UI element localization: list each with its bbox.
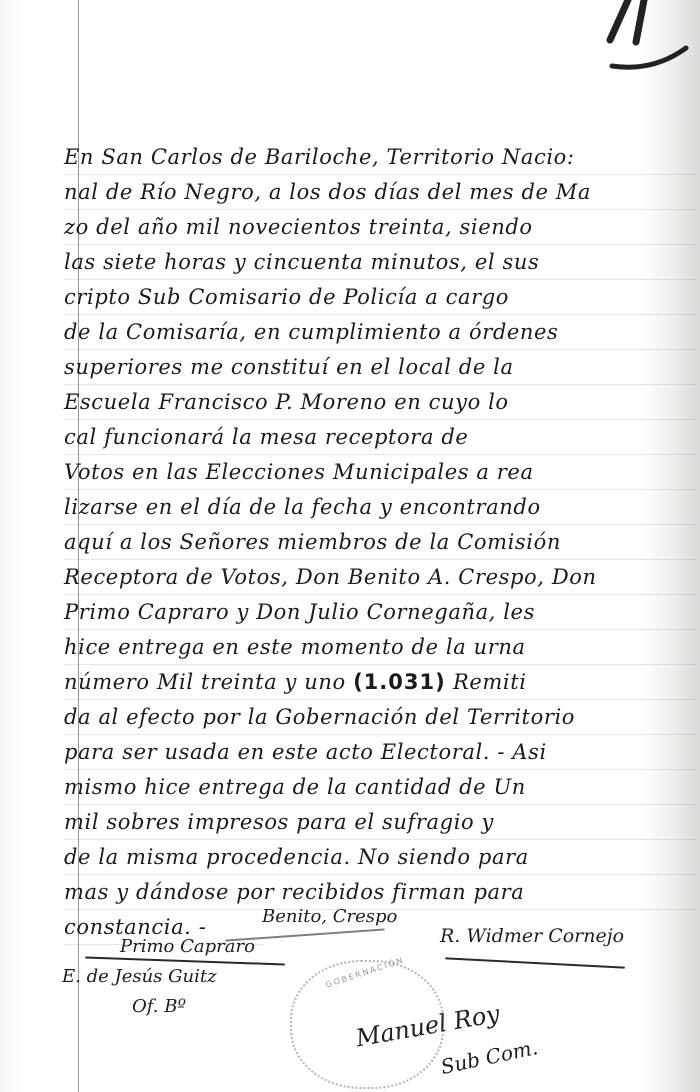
signature-left-bottom-title: Of. Bº — [132, 996, 186, 1017]
text-line-10: Votos en las Elecciones Municipales a re… — [64, 455, 696, 490]
signature-right-top-flourish — [445, 957, 625, 968]
text-line-3: zo del año mil novecientos treinta, sien… — [64, 210, 696, 245]
signature-left-top-flourish — [85, 957, 285, 966]
text-line-19: mismo hice entrega de la cantidad de Un — [64, 770, 696, 805]
text-line-9: cal funcionará la mesa receptora de — [64, 420, 696, 455]
signature-left-bottom: E. de Jesús Guitz — [62, 966, 217, 987]
signature-inline: Benito, Crespo — [262, 906, 397, 927]
text-line-2: nal de Río Negro, a los dos días del mes… — [64, 175, 696, 210]
text-line-16-start: número Mil treinta y uno — [64, 670, 346, 694]
text-line-16-end: Remiti — [453, 670, 527, 694]
text-line-12: aquí a los Señores miembros de la Comisi… — [64, 525, 696, 560]
text-line-1: En San Carlos de Bariloche, Territorio N… — [64, 140, 696, 175]
text-line-4: las siete horas y cincuenta minutos, el … — [64, 245, 696, 280]
text-line-14: Primo Capraro y Don Julio Cornegaña, les — [64, 595, 696, 630]
text-line-18: para ser usada en este acto Electoral. -… — [64, 735, 696, 770]
stamp-text: GOBERNACIÓN — [325, 956, 406, 990]
signature-left-top: Primo Capraro — [120, 936, 255, 957]
text-line-15: hice entrega en este momento de la urna — [64, 630, 696, 665]
text-line-8: Escuela Francisco P. Moreno en cuyo lo — [64, 385, 696, 420]
text-line-5: cripto Sub Comisario de Policía a cargo — [64, 280, 696, 315]
official-stamp: GOBERNACIÓN — [290, 960, 444, 1089]
signature-right-bottom-title: Sub Com. — [439, 1035, 540, 1079]
text-line-13: Receptora de Votos, Don Benito A. Crespo… — [64, 560, 696, 595]
signature-right-top: R. Widmer Cornejo — [440, 925, 624, 947]
text-line-17: da al efecto por la Gobernación del Terr… — [64, 700, 696, 735]
text-line-11: lizarse en el día de la fecha y encontra… — [64, 490, 696, 525]
text-line-16: número Mil treinta y uno (1.031) Remiti — [64, 665, 696, 700]
text-line-7: superiores me constituí en el local de l… — [64, 350, 696, 385]
text-line-6: de la Comisaría, en cumplimiento a órden… — [64, 315, 696, 350]
urn-number: (1.031) — [353, 670, 446, 694]
document-page: 11 En San Carlos de Bariloche, Territori… — [0, 0, 700, 1092]
folio-number-glyph — [598, 0, 698, 75]
folio-number: 11 — [598, 0, 698, 75]
text-line-21: de la misma procedencia. No siendo para — [64, 840, 696, 875]
text-line-22: mas y dándose por recibidos firman para — [64, 875, 696, 910]
text-line-20: mil sobres impresos para el sufragio y — [64, 805, 696, 840]
